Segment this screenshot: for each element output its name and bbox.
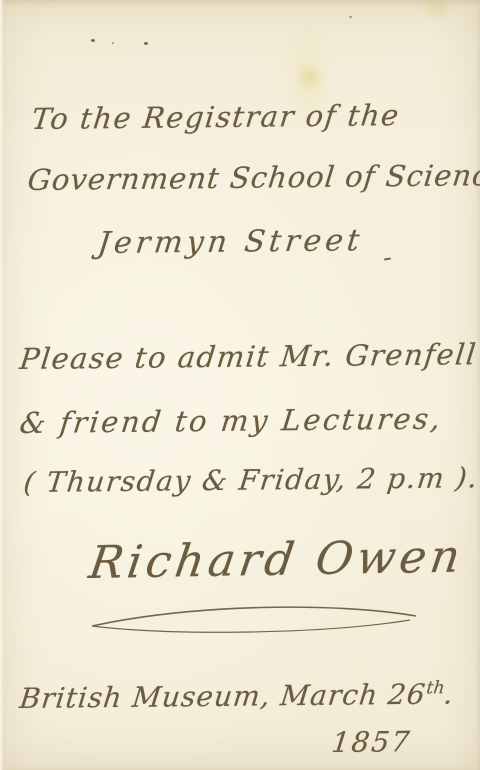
ink-speck [91,39,95,42]
body-line-1: Please to admit Mr. Grenfell [18,337,479,376]
paper-stain [420,0,454,20]
address-line-1: To the Registrar of the [30,98,402,136]
address-line-2: Government School of Science, [26,158,480,197]
ink-speck [144,42,148,45]
body-line-2: & friend to my Lectures, [18,402,444,440]
ink-speck [349,16,352,18]
dateline-year: 1857 [330,725,413,759]
address-line-3: Jermyn Street [96,223,365,261]
signature-flourish [84,604,424,644]
period-mark [384,258,391,261]
dateline-ordinal: th [425,678,445,698]
body-line-3: ( Thursday & Friday, 2 p.m ). [22,461,480,499]
paper-edge [0,0,4,770]
signature: Richard Owen [86,529,467,589]
dateline-place-date: British Museum, March 26 [18,678,428,715]
paper-stain [296,62,324,92]
letter-scan: To the Registrar of the Government Schoo… [0,0,480,770]
dateline: British Museum, March 26th. [18,677,456,715]
ink-speck [112,42,114,44]
